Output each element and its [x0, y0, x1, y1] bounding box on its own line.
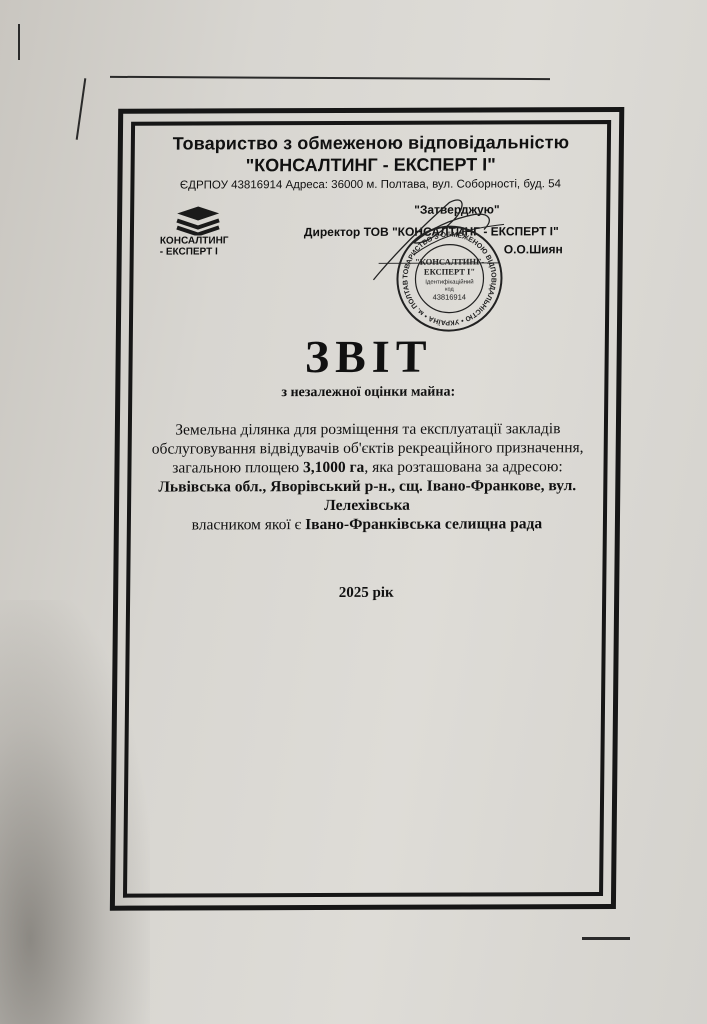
owner-line: власником якої є Івано-Франківська селищ…: [135, 514, 599, 535]
stamp-line5: 43816914: [433, 293, 466, 302]
document-subtitle: з незалежної оцінки майна:: [132, 384, 604, 402]
description-line2: обслуговування відвідувачів об'єктів рек…: [136, 438, 600, 459]
area-suffix: , яка розташована за адресою:: [364, 458, 563, 476]
logo-text-line2: - ЕКСПЕРТ І: [160, 246, 238, 257]
document-title: ЗВІТ: [132, 329, 605, 384]
double-border-frame: Товариство з обмеженою відповідальністю …: [110, 107, 624, 911]
report-cover-page: Товариство з обмеженою відповідальністю …: [26, 89, 635, 941]
area-prefix: загальною площею: [172, 459, 303, 476]
address-line2: Лелехівська: [135, 495, 599, 516]
address-line1-text: Львівська обл., Яворівський р-н., сщ. Ів…: [158, 477, 576, 495]
company-details: ЄДРПОУ 43816914 Адреса: 36000 м. Полтава…: [134, 178, 606, 192]
address-line2-text: Лелехівська: [324, 497, 410, 514]
top-rule: [110, 76, 550, 80]
report-year: 2025 рік: [130, 584, 602, 603]
property-description: Земельна ділянка для розміщення та експл…: [135, 419, 600, 535]
owner-name: Івано-Франківська селищна рада: [305, 515, 542, 533]
area-value: 3,1000 га: [303, 459, 364, 476]
owner-prefix: власником якої є: [192, 516, 306, 533]
company-name: "КОНСАЛТИНГ - ЕКСПЕРТ І": [135, 154, 607, 177]
handwritten-signature: [353, 194, 514, 285]
inner-border: Товариство з обмеженою відповідальністю …: [123, 120, 611, 898]
logo-text-line1: КОНСАЛТИНГ: [160, 235, 238, 246]
cover-content: Товариство з обмеженою відповідальністю …: [127, 124, 607, 894]
stacked-layers-icon: [175, 205, 221, 235]
address-line1: Львівська обл., Яворівський р-н., сщ. Ів…: [135, 476, 599, 497]
margin-mark: [18, 24, 20, 60]
description-line3: загальною площею 3,1000 га, яка розташов…: [135, 457, 599, 478]
description-line1: Земельна ділянка для розміщення та експл…: [136, 419, 600, 440]
company-legal-form: Товариство з обмеженою відповідальністю: [135, 132, 607, 155]
company-logo: КОНСАЛТИНГ - ЕКСПЕРТ І: [158, 205, 239, 257]
